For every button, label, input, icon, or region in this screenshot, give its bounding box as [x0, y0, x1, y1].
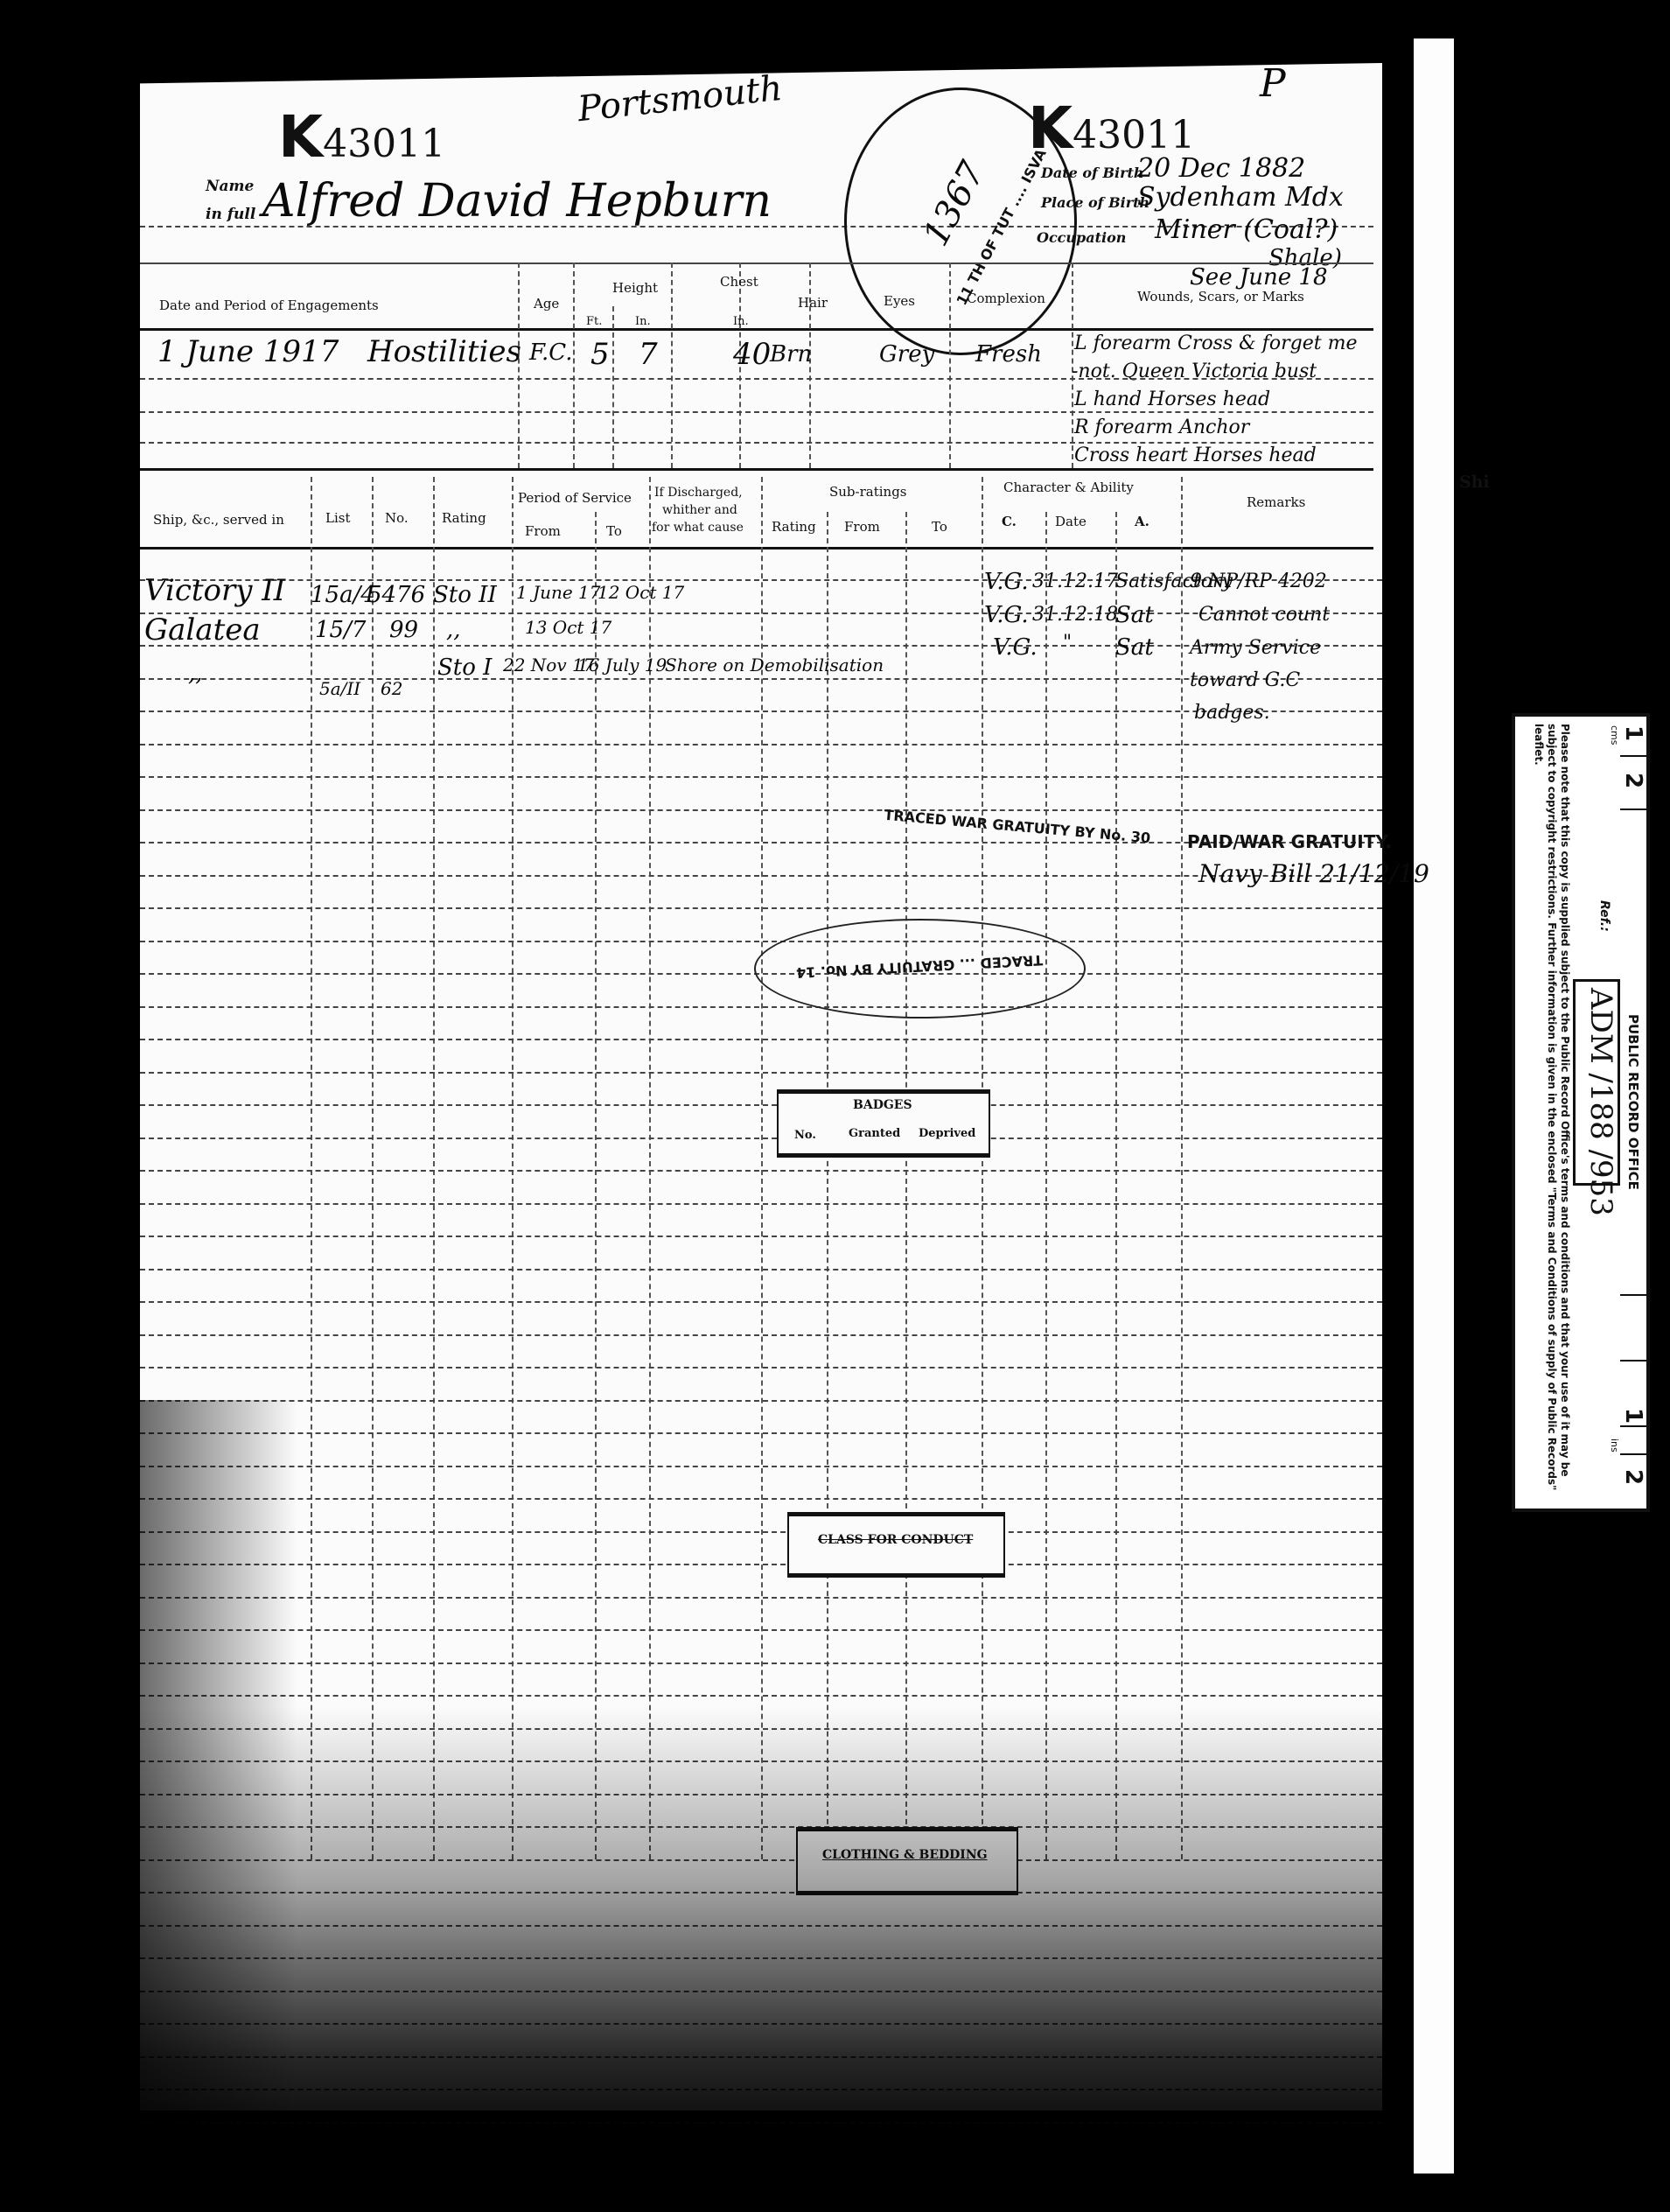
official-number-left: K43011	[278, 103, 445, 171]
remarks-line: Cannot count	[1198, 604, 1330, 626]
remarks-line: toward G.C	[1190, 669, 1300, 691]
col-divider	[949, 262, 951, 468]
ledger-line	[140, 1531, 1382, 1533]
rule	[140, 547, 1373, 549]
col-divider	[1181, 477, 1183, 1859]
ledger-line	[140, 1662, 1382, 1664]
pro-title: PUBLIC RECORD OFFICE	[1625, 1014, 1641, 1190]
col-divider	[649, 477, 651, 1859]
header-character: Character & Ability	[1003, 479, 1134, 495]
remarks-line: 9 NP/RP 4202	[1190, 570, 1327, 592]
navy-bill: Navy Bill 21/12/19	[1198, 859, 1429, 888]
rule	[140, 328, 1373, 331]
badges-col-granted: Granted	[849, 1127, 900, 1140]
header-sub-rating: Rating	[772, 519, 816, 535]
name-label: Name	[206, 178, 254, 195]
no-value: 5476	[367, 582, 425, 608]
rating-value: Sto II	[433, 582, 497, 608]
ref-number: ADM /188 /953	[1583, 988, 1618, 1216]
ins-label: ins	[1609, 1438, 1620, 1452]
ledger-line	[140, 1235, 1382, 1237]
col-divider	[372, 477, 374, 1859]
ledger-line	[140, 1695, 1382, 1697]
hair-value: Brn	[770, 341, 812, 367]
wounds-line: L forearm Cross & forget me	[1074, 332, 1357, 354]
rating-value: Sto I	[437, 654, 492, 681]
character-date: "	[1063, 632, 1072, 654]
ability-value: Sat	[1115, 602, 1154, 628]
ledger-line	[140, 1170, 1382, 1172]
class-for-conduct: CLASS FOR CONDUCT	[818, 1533, 973, 1547]
ledger-line	[140, 776, 1382, 778]
cms-2: 2	[1620, 773, 1646, 788]
name-value: Alfred David Hepburn	[262, 175, 772, 227]
eyes-value: Grey	[879, 341, 934, 367]
see-annotation: See June 18	[1190, 264, 1328, 290]
ledger-line	[140, 875, 1382, 877]
character-date: 31.12.17	[1032, 570, 1118, 592]
character-value: V.G.	[993, 634, 1038, 661]
ledger-line	[140, 612, 1382, 614]
no-value: 99	[389, 617, 418, 643]
badges-col-no: No.	[794, 1129, 816, 1142]
col-divider	[512, 477, 514, 1859]
ruler-tick	[1620, 1360, 1646, 1361]
ruler-tick	[1620, 1453, 1646, 1455]
ledger-line	[140, 1334, 1382, 1336]
scan-shadow-left	[105, 1400, 297, 2187]
complexion-value: Fresh	[975, 341, 1042, 367]
engagement-date: 1 June 1917	[157, 334, 339, 369]
header-from: From	[525, 523, 561, 539]
rule	[140, 468, 1373, 471]
occupation-value: Miner (Coal?)	[1155, 214, 1338, 245]
header-to: To	[606, 523, 622, 539]
list-value: 15a/4	[311, 582, 375, 608]
cms-1: 1	[1620, 725, 1646, 741]
header-age: Age	[534, 296, 559, 311]
ledger-line	[140, 809, 1382, 811]
rule	[140, 411, 1373, 413]
corner-mark: P	[1260, 61, 1286, 106]
chest-in: 40	[733, 337, 771, 372]
ledger-line	[140, 744, 1382, 745]
col-divider	[1115, 512, 1117, 1859]
col-divider	[982, 477, 983, 1859]
header-hair: Hair	[798, 295, 828, 311]
header-sub-from: From	[844, 519, 880, 535]
engagement-period: Hostilities	[367, 334, 521, 369]
col-divider	[595, 512, 597, 1859]
header-no: No.	[385, 510, 409, 526]
header-sub-to: To	[932, 519, 947, 535]
ledger-line	[140, 907, 1382, 909]
badges-col-deprived: Deprived	[919, 1127, 975, 1140]
header-rating: Rating	[442, 510, 486, 526]
from-value: 1 June 17	[516, 582, 601, 603]
col-divider	[573, 262, 575, 468]
ledger-line	[140, 1597, 1382, 1599]
ledger-line	[140, 1367, 1382, 1368]
height-in: 7	[639, 337, 658, 372]
ledger-line	[140, 1137, 1382, 1139]
ruler-tick	[1620, 1294, 1646, 1296]
ledger-line	[140, 941, 1382, 942]
ledger-line	[140, 1301, 1382, 1303]
header-chest-in: In.	[733, 315, 749, 328]
header-date: Date	[1055, 514, 1087, 529]
header-c: C.	[1002, 514, 1017, 529]
ship-name: Victory II	[144, 573, 285, 608]
wounds-line: Cross heart Horses head	[1074, 444, 1317, 466]
header-chest: Chest	[720, 274, 758, 290]
ledger-line	[140, 1104, 1382, 1106]
to-value: 16 July 19	[577, 654, 667, 675]
header-in: In.	[635, 315, 651, 328]
list-value: 5a/II	[319, 678, 360, 699]
badges-title: BADGES	[853, 1098, 912, 1112]
discharge-cause: Shore on Demobilisation	[665, 654, 884, 675]
scan-shadow	[114, 1706, 1391, 2212]
pob-value: Sydenham Mdx	[1137, 182, 1344, 213]
to-value: 12 Oct 17	[597, 582, 684, 603]
height-ft: 5	[590, 337, 610, 372]
header-height: Height	[612, 280, 658, 296]
header-discharged-2: whither and	[662, 503, 737, 517]
character-value: V.G.	[984, 569, 1029, 595]
col-divider	[827, 512, 828, 1859]
ledger-line	[140, 1203, 1382, 1205]
ship-name: Galatea	[144, 612, 261, 647]
header-remarks: Remarks	[1247, 494, 1305, 510]
header-a: A.	[1135, 514, 1149, 529]
no-value: 62	[381, 678, 402, 699]
character-date: 31.12.18	[1032, 604, 1118, 626]
ledger-line	[140, 1269, 1382, 1270]
ins-1: 1	[1620, 1408, 1646, 1424]
paid-war-gratuity-stamp: PAID/WAR GRATUITY.	[1187, 831, 1392, 852]
ins-2: 2	[1620, 1469, 1646, 1485]
header-period-service: Period of Service	[518, 490, 632, 506]
rating-value: ,,	[446, 617, 461, 643]
wounds-line: R forearm Anchor	[1074, 416, 1249, 438]
ledger-line	[140, 1432, 1382, 1434]
rule	[140, 378, 1373, 380]
ship-name: ,,	[188, 661, 203, 687]
ledger-line	[140, 1072, 1382, 1074]
ledger-line	[140, 1629, 1382, 1631]
col-divider	[433, 477, 435, 1859]
header-wounds: Wounds, Scars, or Marks	[1137, 289, 1304, 304]
remarks-line: Army Service	[1190, 637, 1321, 659]
col-divider	[311, 477, 312, 1859]
ledger-line	[140, 1564, 1382, 1565]
header-discharged-3: for what cause	[652, 521, 744, 535]
col-divider	[612, 306, 614, 468]
col-divider	[905, 512, 907, 1859]
header-ship: Ship, &c., served in	[153, 512, 284, 528]
col-divider	[761, 477, 763, 1859]
header-complexion: Complexion	[967, 290, 1045, 306]
ref-label: Ref.:	[1597, 900, 1611, 932]
adjacent-page-strip	[1414, 38, 1454, 2173]
character-value: V.G.	[984, 602, 1029, 628]
rule	[140, 442, 1373, 444]
ledger-line	[140, 1466, 1382, 1467]
wounds-line: L hand Horses head	[1074, 388, 1270, 410]
header-discharged: If Discharged,	[654, 486, 743, 500]
engagement-age: F.C.	[529, 339, 573, 366]
header-ft: Ft.	[586, 315, 602, 328]
name-label-2: in full	[206, 206, 255, 223]
list-value: 15/7	[315, 617, 366, 643]
ability-value: Sat	[1115, 634, 1154, 661]
header-subratings: Sub-ratings	[829, 484, 907, 500]
cms-label: cms	[1609, 725, 1620, 745]
ruler-tick	[1620, 808, 1646, 810]
ledger-line	[140, 1039, 1382, 1040]
col-divider	[671, 262, 673, 468]
ruler-tick	[1620, 1425, 1646, 1427]
ledger-line	[140, 1006, 1382, 1008]
header-list: List	[325, 510, 350, 526]
col-divider	[1045, 512, 1047, 1859]
header-eyes: Eyes	[884, 293, 915, 309]
adjacent-page-label: Shi	[1459, 472, 1490, 492]
ledger-line	[140, 1498, 1382, 1500]
ruler-tick	[1620, 755, 1646, 757]
rule	[140, 262, 1373, 264]
remarks-line: badges.	[1194, 702, 1270, 724]
dob-value: 20 Dec 1882	[1137, 153, 1305, 184]
pro-notice: Please note that this copy is supplied s…	[1532, 724, 1571, 1502]
public-record-office-label: 1 2 cms Ref.: PUBLIC RECORD OFFICE ADM /…	[1512, 713, 1650, 1512]
header-date-period: Date and Period of Engagements	[159, 297, 379, 313]
ledger-line	[140, 1400, 1382, 1402]
from-value: 13 Oct 17	[525, 617, 611, 638]
